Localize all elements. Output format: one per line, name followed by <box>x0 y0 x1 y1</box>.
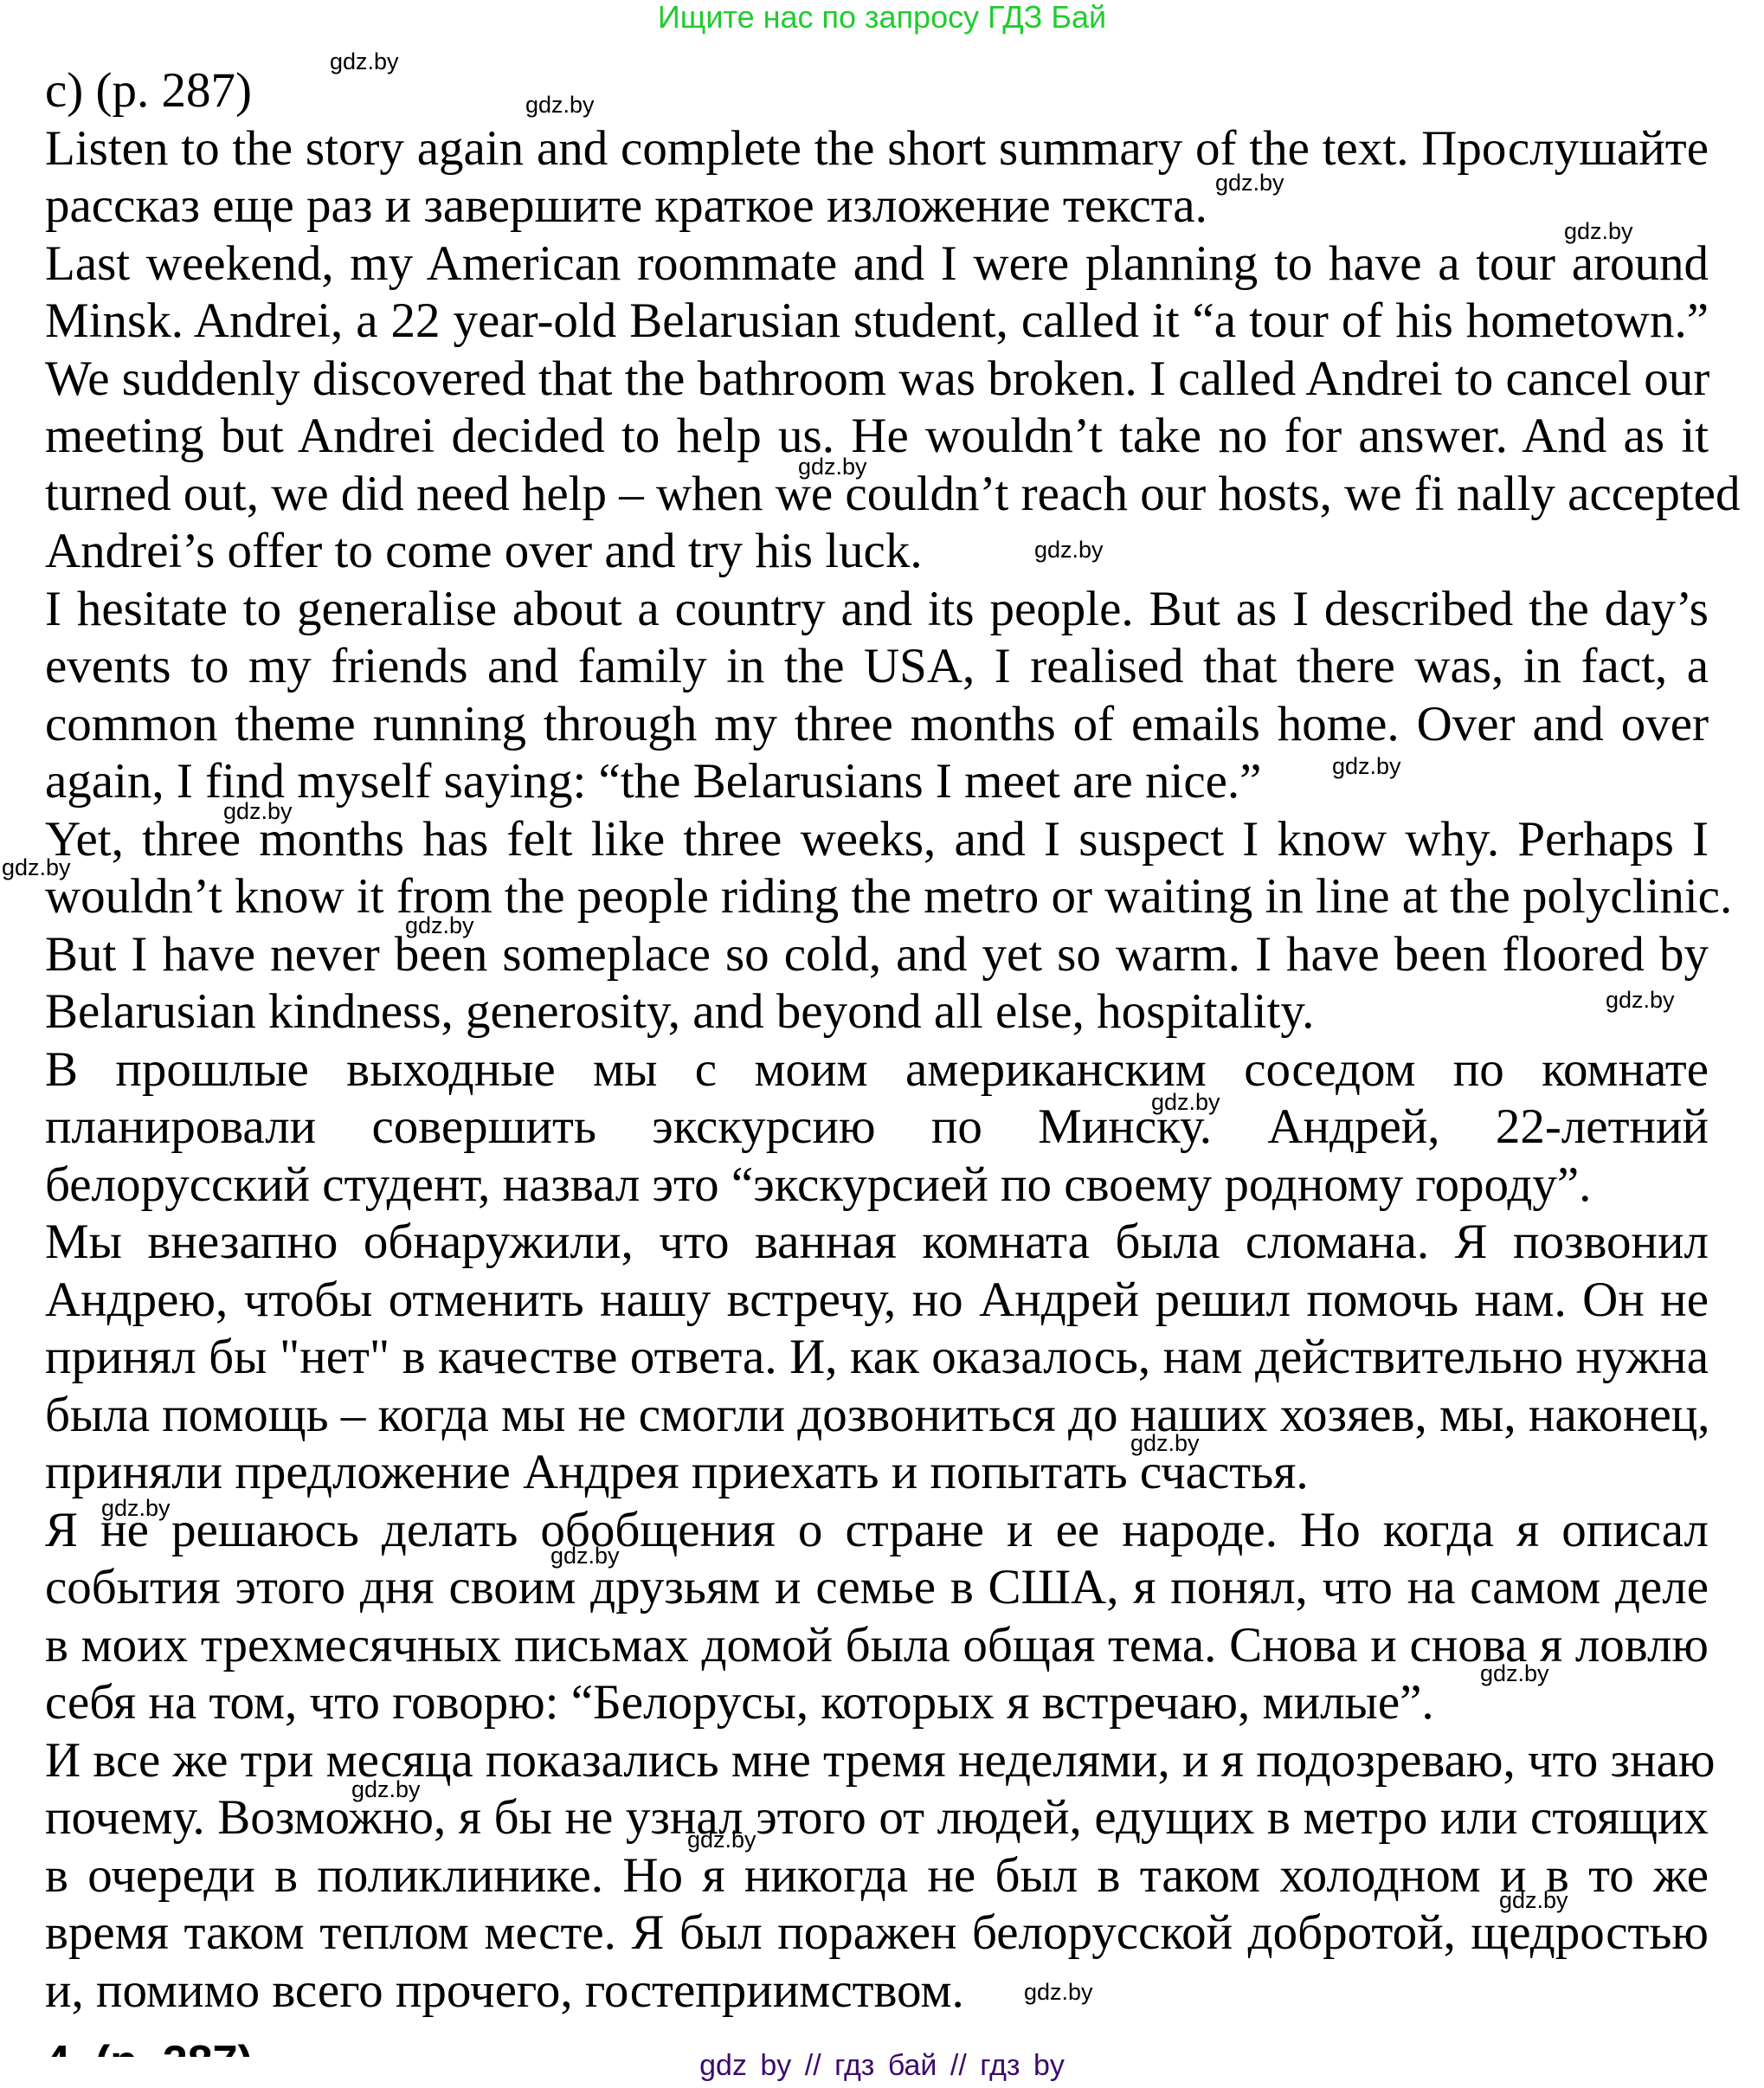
text-line: wouldn’t know it from the people riding … <box>45 868 1709 926</box>
watermark-label: gdz.by <box>1480 1660 1549 1686</box>
text-line: была помощь – когда мы не смогли дозвони… <box>45 1387 1709 1445</box>
watermark-label: gdz.by <box>550 1543 620 1569</box>
text-line: и, помимо всего прочего, гостеприимством… <box>45 1962 1709 2020</box>
text-line: We suddenly discovered that the bathroom… <box>45 351 1709 409</box>
watermark-label: gdz.by <box>798 454 867 480</box>
text-line: Andrei’s offer to come over and try his … <box>45 523 1709 581</box>
watermark-label: gdz.by <box>1151 1089 1220 1115</box>
text-line: I hesitate to generalise about a country… <box>45 581 1709 639</box>
text-line: В прошлые выходные мы с моим американски… <box>45 1041 1709 1099</box>
text-line: again, I find myself saying: “the Belaru… <box>45 753 1709 811</box>
watermark-label: gdz.by <box>1499 1887 1568 1913</box>
watermark-label: gdz.by <box>687 1827 756 1853</box>
text-line: Last weekend, my American roommate and I… <box>45 235 1709 293</box>
text-line: почему. Возможно, я бы не узнал этого от… <box>45 1789 1709 1847</box>
text-line: Я не решаюсь делать обобщения о стране и… <box>45 1502 1709 1560</box>
text-line: common theme running through my three mo… <box>45 696 1709 754</box>
text-line: события этого дня своим друзьям и семье … <box>45 1559 1709 1617</box>
document-body: c) (p. 287) Listen to the story again an… <box>45 62 1709 2020</box>
text-line: events to my friends and family in the U… <box>45 638 1709 696</box>
text-line: Minsk. Andrei, a 22 year-old Belarusian … <box>45 293 1709 351</box>
footer-watermark: gdz by // гдз бай // гдз by <box>0 2048 1764 2083</box>
watermark-label: gdz.by <box>1215 170 1284 196</box>
watermark-label: gdz.by <box>1024 1979 1093 2005</box>
text-line: приняли предложение Андрея приехать и по… <box>45 1444 1709 1502</box>
text-line: But I have never been someplace so cold,… <box>45 926 1709 984</box>
text-line: планировали совершить экскурсию по Минск… <box>45 1099 1709 1157</box>
exercise-heading: c) (p. 287) <box>45 62 1709 120</box>
text-line: turned out, we did need help – when we c… <box>45 466 1709 524</box>
watermark-label: gdz.by <box>330 48 399 74</box>
watermark-label: gdz.by <box>2 854 71 880</box>
watermark-label: gdz.by <box>525 92 595 118</box>
search-banner: Ищите нас по запросу ГДЗ Бай <box>0 0 1764 38</box>
text-line: белорусский студент, назвал это “экскурс… <box>45 1157 1709 1215</box>
text-line: рассказ еще раз и завершите краткое изло… <box>45 177 1709 235</box>
text-line: время таком теплом месте. Я был поражен … <box>45 1904 1709 1962</box>
text-line: Yet, three months has felt like three we… <box>45 811 1709 869</box>
watermark-label: gdz.by <box>1606 987 1675 1013</box>
text-line: себя на том, что говорю: “Белорусы, кото… <box>45 1674 1709 1732</box>
text-line: принял бы "нет" в качестве ответа. И, ка… <box>45 1329 1709 1387</box>
text-line: Андрею, чтобы отменить нашу встречу, но … <box>45 1272 1709 1330</box>
watermark-label: gdz.by <box>405 912 474 938</box>
watermark-label: gdz.by <box>1034 537 1104 563</box>
watermark-label: gdz.by <box>1332 753 1401 779</box>
watermark-label: gdz.by <box>101 1495 171 1521</box>
text-line: в очереди в поликлинике. Но я никогда не… <box>45 1847 1709 1905</box>
text-line: И все же три месяца показались мне тремя… <box>45 1732 1709 1790</box>
watermark-label: gdz.by <box>223 798 293 824</box>
text-line: Belarusian kindness, generosity, and bey… <box>45 983 1709 1041</box>
watermark-label: gdz.by <box>351 1776 421 1802</box>
text-line: Listen to the story again and complete t… <box>45 120 1709 178</box>
text-lines: Listen to the story again and complete t… <box>45 120 1709 2020</box>
text-line: meeting but Andrei decided to help us. H… <box>45 408 1709 466</box>
watermark-label: gdz.by <box>1564 218 1633 244</box>
text-line: Мы внезапно обнаружили, что ванная комна… <box>45 1214 1709 1272</box>
text-line: в моих трехмесячных письмах домой была о… <box>45 1617 1709 1675</box>
watermark-label: gdz.by <box>1130 1430 1200 1456</box>
